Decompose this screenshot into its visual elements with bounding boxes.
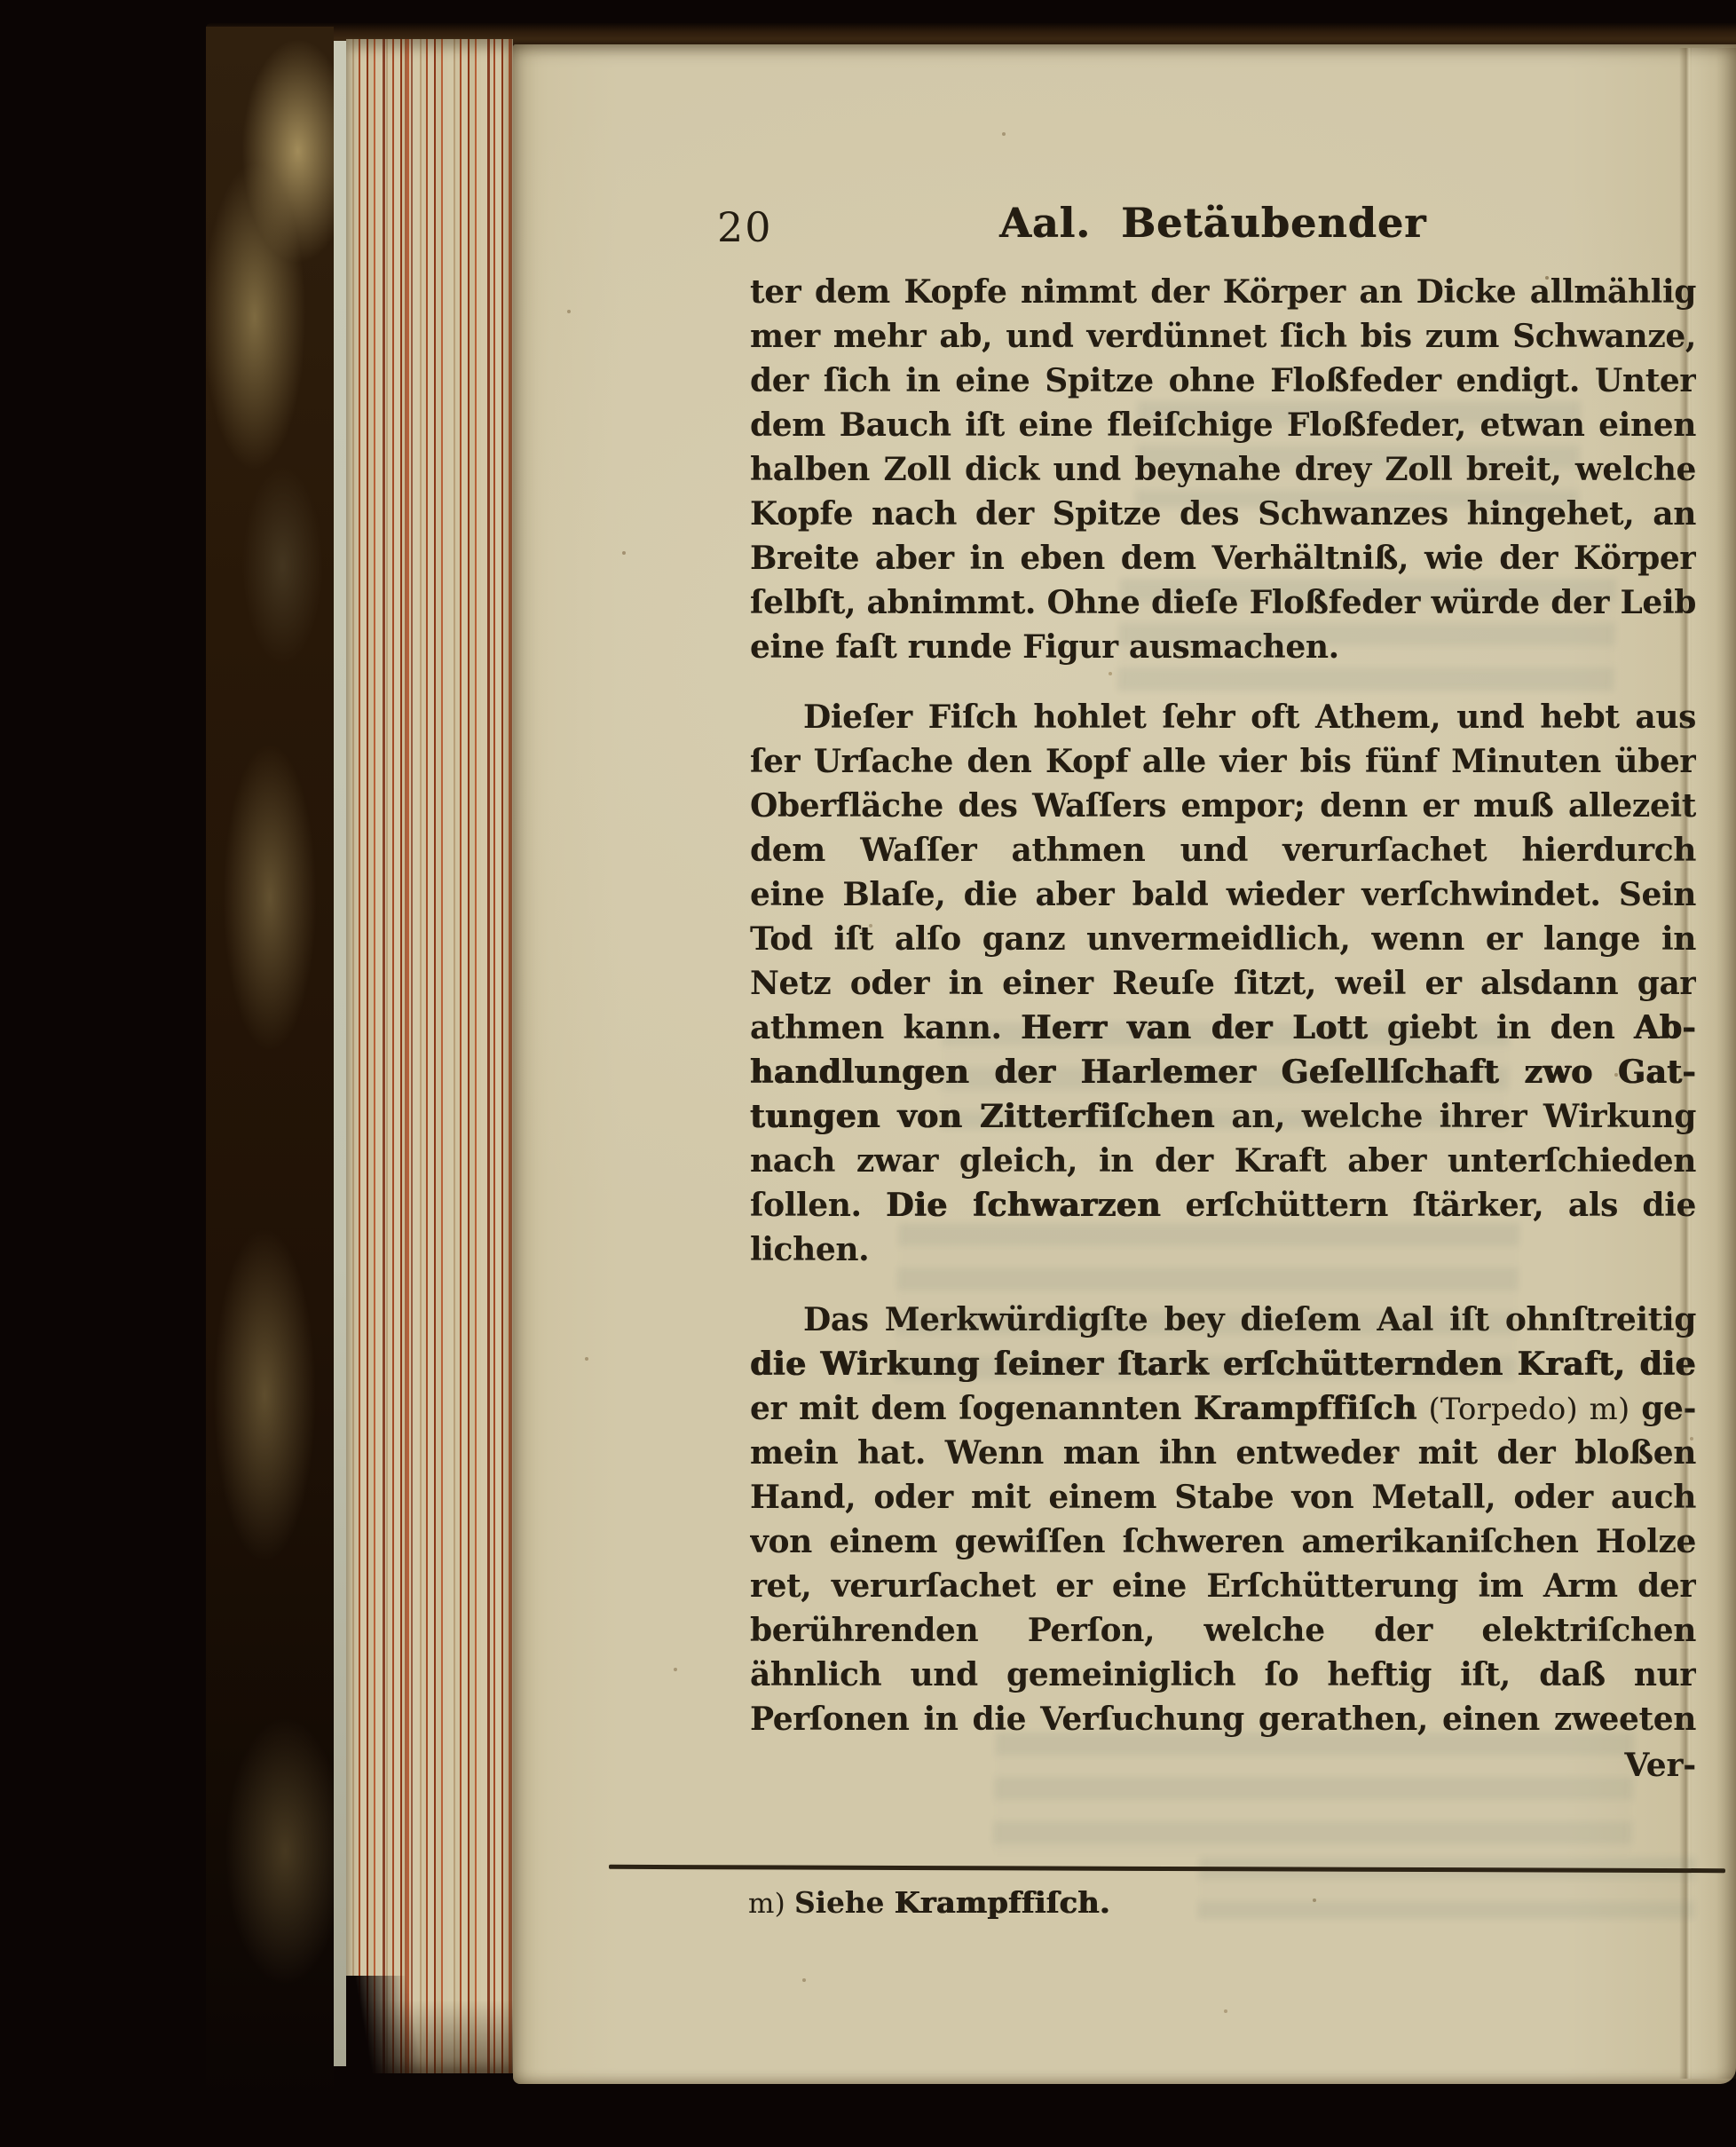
text-line: ähnlich und gemeiniglich ſo heftig iſt, … xyxy=(750,1653,1696,1697)
gutter-margin xyxy=(1692,48,1736,2079)
text-line: eine faſt runde Figur ausmachen. xyxy=(750,625,1696,669)
text-line: nach zwar gleich, in der Kraft aber unte… xyxy=(750,1139,1696,1183)
book-scan: 20 Aal. Betäubender ter dem Kopfe nimmt … xyxy=(0,0,1736,2147)
text-segment: lichen. xyxy=(750,1231,869,1268)
text-line: ſer Urſache den Kopf alle vier bis fünf … xyxy=(750,739,1696,784)
flyleaf-edge xyxy=(334,41,346,2066)
text-segment: Krampffiſch. xyxy=(895,1885,1110,1920)
text-line: mein hat. Wenn man ihn entweder mit der … xyxy=(750,1431,1696,1475)
text-line: von einem gewiſſen ſchweren amerikaniſch… xyxy=(750,1519,1696,1564)
text-segment: eine faſt runde Figur ausmachen. xyxy=(750,628,1339,666)
text-line: Das Merkwürdigſte bey dieſem Aal iſt ohn… xyxy=(750,1298,1696,1342)
text-segment: Siehe xyxy=(794,1885,895,1920)
text-line: ſelbſt, abnimmt. Ohne dieſe Floßfeder wü… xyxy=(750,580,1696,625)
text-segment: dem Bauch iſt eine fleiſchige Floßfeder,… xyxy=(750,407,1696,444)
text-segment: giebt in den xyxy=(1368,1009,1634,1046)
paragraph: Dieſer Fiſch hohlet ſehr oft Athem, und … xyxy=(750,695,1696,1272)
text-segment: ſer Urſache den Kopf alle vier bis fünf … xyxy=(750,743,1696,784)
text-line: Tod iſt alſo ganz unvermeidlich, wenn er… xyxy=(750,917,1696,961)
text-segment: berührenden Perſon, welche der elektriſc… xyxy=(750,1612,1696,1653)
paper-fiber-speckles xyxy=(0,0,2,2)
text-segment: Herr van der Lott xyxy=(1021,1009,1368,1046)
text-line: er mit dem ſogenannten Krampffiſch (Torp… xyxy=(750,1386,1696,1431)
text-segment: nach zwar gleich, in der Kraft aber unte… xyxy=(750,1142,1696,1183)
text-line: ſollen. Die ſchwarzen erſchüttern ſtärke… xyxy=(750,1183,1696,1227)
text-segment: ähnlich und gemeiniglich ſo heftig iſt, … xyxy=(750,1656,1696,1697)
body-text: ter dem Kopfe nimmt der Körper an Dicke … xyxy=(750,270,1696,1741)
text-segment: Oberfläche des Waſſers empor; denn er mu… xyxy=(750,787,1696,828)
text-line: eine Blaſe, die aber bald wieder verſchw… xyxy=(750,872,1696,917)
text-segment: Ab- xyxy=(1634,1009,1696,1046)
text-segment: der ſich in eine Spitze ohne Floßfeder e… xyxy=(750,362,1696,399)
text-segment: Krampffiſch xyxy=(1194,1390,1417,1427)
text-segment: mein hat. Wenn man ihn entweder mit der … xyxy=(750,1434,1696,1472)
text-segment: m) xyxy=(748,1888,794,1920)
text-line: tungen von Zitterfiſchen an, welche ihre… xyxy=(750,1094,1696,1139)
text-line: dem Bauch iſt eine fleiſchige Floßfeder,… xyxy=(750,403,1696,447)
text-segment: Tod iſt alſo ganz unvermeidlich, wenn er… xyxy=(750,920,1696,961)
text-line: Kopfe nach der Spitze des Schwanzes hing… xyxy=(750,492,1696,536)
text-line: Netz oder in einer Reuſe ſitzt, weil er … xyxy=(750,961,1696,1006)
text-segment: mer mehr ab, und verdünnet ſich bis zum … xyxy=(750,318,1696,355)
running-header: Aal. Betäubender xyxy=(999,197,1426,249)
text-segment: ſollen. xyxy=(750,1187,886,1224)
text-line: lichen. xyxy=(750,1227,1696,1272)
text-segment: eine Blaſe, die aber bald wieder verſchw… xyxy=(750,876,1696,913)
book-cover-spine xyxy=(206,27,334,2100)
text-segment: Netz oder in einer Reuſe ſitzt, weil er … xyxy=(750,965,1696,1006)
text-line: dem Waſſer athmen und verurſachet hierdu… xyxy=(750,828,1696,872)
text-line: handlungen der Harlemer Geſellſchaft zwo… xyxy=(750,1050,1696,1094)
text-line: athmen kann. Herr van der Lott giebt in … xyxy=(750,1006,1696,1050)
catchword: Ver- xyxy=(750,1743,1696,1788)
footnote-text: m) Siehe Krampffiſch. xyxy=(748,1883,1110,1924)
text-segment: dem Waſſer athmen und verurſachet hierdu… xyxy=(750,832,1696,872)
text-segment: Breite aber in eben dem Verhältniß, wie … xyxy=(750,540,1696,577)
text-line: berührenden Perſon, welche der elektriſc… xyxy=(750,1608,1696,1653)
text-segment: Das Merkwürdigſte bey dieſem Aal iſt ohn… xyxy=(803,1301,1696,1338)
text-segment: ſelbſt, abnimmt. Ohne dieſe Floßfeder wü… xyxy=(750,584,1696,621)
text-segment: ret, verurſachet er eine Erſchütterung i… xyxy=(750,1567,1696,1608)
text-segment: die Wirkung ſeiner ſtark erſchütternden … xyxy=(750,1346,1696,1383)
text-segment: Dieſer Fiſch hohlet ſehr oft Athem, und … xyxy=(750,699,1696,739)
text-segment: Kopfe nach der Spitze des Schwanzes hing… xyxy=(750,495,1696,533)
text-segment: tungen von Zitterfiſchen xyxy=(750,1098,1215,1135)
text-segment: von einem gewiſſen ſchweren amerikaniſch… xyxy=(750,1523,1696,1564)
text-line: Dieſer Fiſch hohlet ſehr oft Athem, und … xyxy=(750,695,1696,739)
text-line: der ſich in eine Spitze ohne Floßfeder e… xyxy=(750,359,1696,403)
text-line: ter dem Kopfe nimmt der Körper an Dicke … xyxy=(750,270,1696,314)
text-segment: Hand, oder mit einem Stabe von Metall, o… xyxy=(750,1479,1696,1516)
text-line: Breite aber in eben dem Verhältniß, wie … xyxy=(750,536,1696,580)
text-line: Hand, oder mit einem Stabe von Metall, o… xyxy=(750,1475,1696,1519)
text-line: mer mehr ab, und verdünnet ſich bis zum … xyxy=(750,314,1696,359)
text-line: halben Zoll dick und beynahe drey Zoll b… xyxy=(750,447,1696,492)
text-line: Perſonen in die Verſuchung gerathen, ein… xyxy=(750,1697,1696,1741)
text-line: die Wirkung ſeiner ſtark erſchütternden … xyxy=(750,1342,1696,1386)
text-segment: ter dem Kopfe nimmt der Körper an Dicke … xyxy=(750,273,1696,314)
text-segment: (Torpedo) m) xyxy=(1417,1392,1642,1426)
text-line: ret, verurſachet er eine Erſchütterung i… xyxy=(750,1564,1696,1608)
text-segment: er mit dem ſogenannten xyxy=(750,1390,1194,1427)
page-number: 20 xyxy=(717,202,773,252)
paragraph: Das Merkwürdigſte bey dieſem Aal iſt ohn… xyxy=(750,1298,1696,1741)
text-segment: halben Zoll dick und beynahe drey Zoll b… xyxy=(750,451,1696,492)
text-segment: handlungen der Harlemer Geſellſchaft zwo… xyxy=(750,1054,1696,1091)
page-fore-edge-stack xyxy=(346,39,513,2073)
text-segment: athmen kann. xyxy=(750,1009,1021,1046)
paragraph: ter dem Kopfe nimmt der Körper an Dicke … xyxy=(750,270,1696,669)
text-segment: Die ſchwarzen xyxy=(886,1187,1161,1224)
text-segment: an, welche ihrer Wirkung xyxy=(1215,1098,1696,1135)
text-segment: ge- xyxy=(1641,1390,1696,1427)
text-segment: Perſonen in die Verſuchung gerathen, ein… xyxy=(750,1701,1696,1738)
text-line: Oberfläche des Waſſers empor; denn er mu… xyxy=(750,784,1696,828)
